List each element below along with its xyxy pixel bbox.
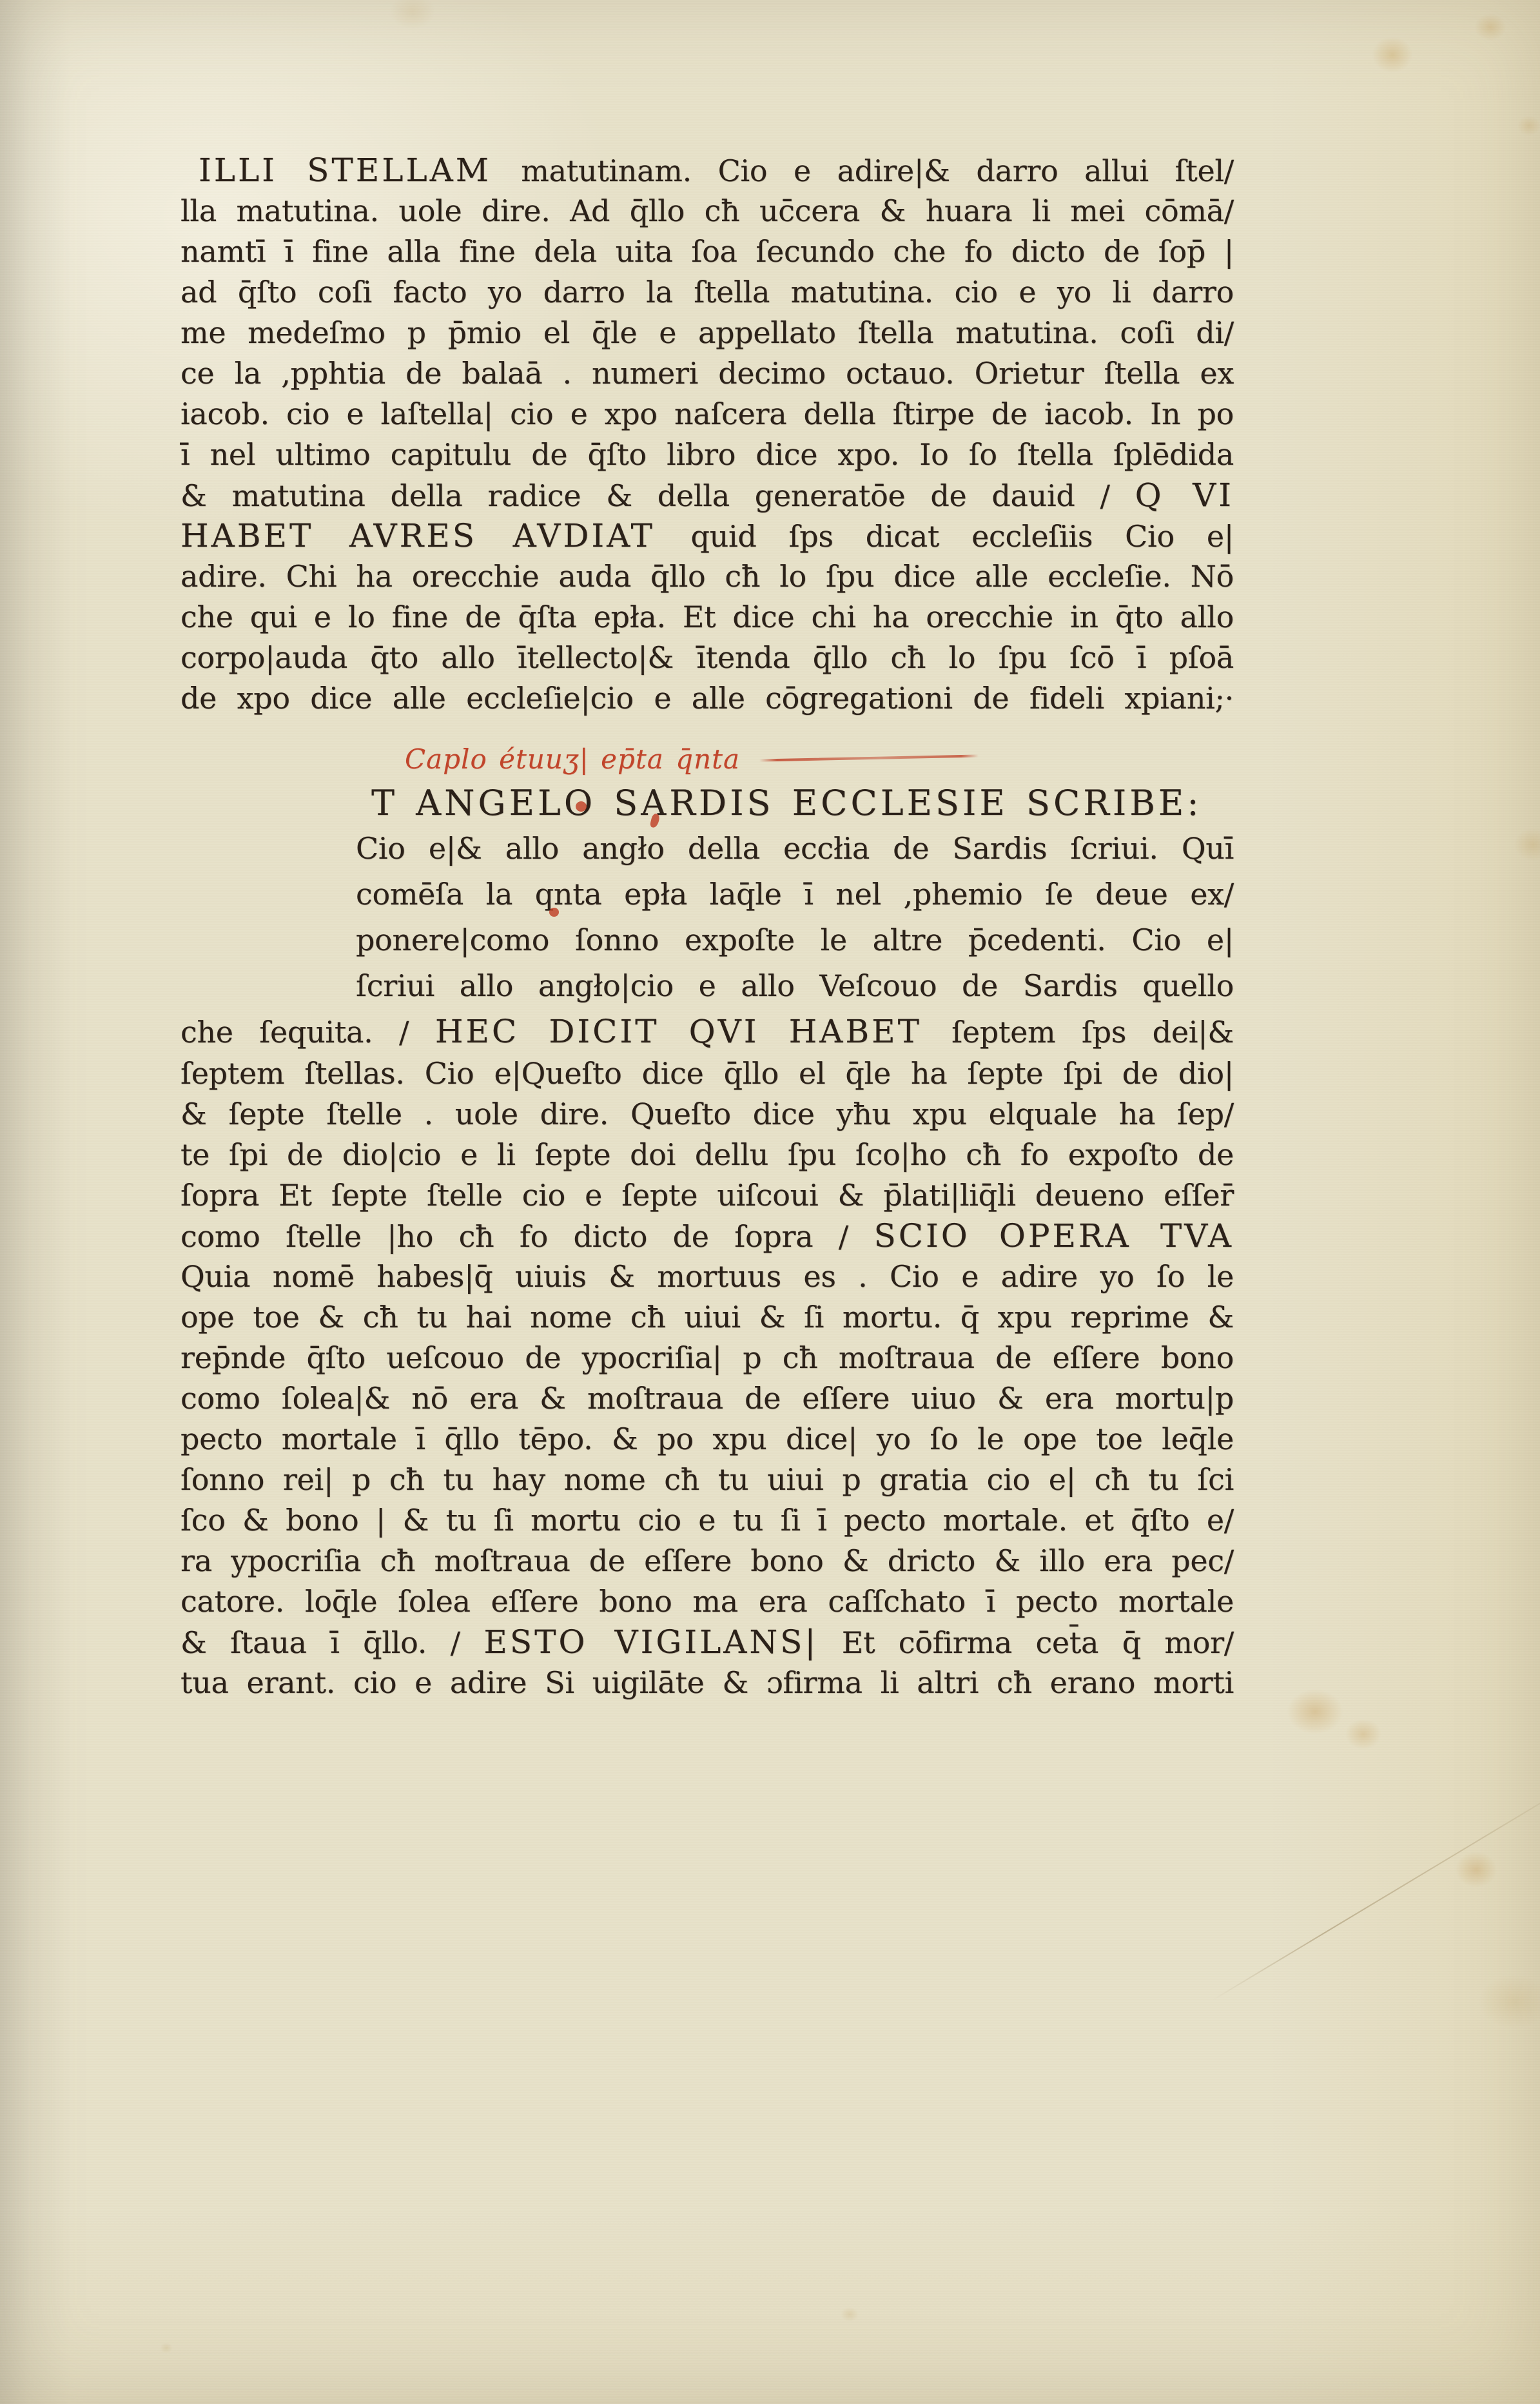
text-line-19: ponere|como ſonno expoſte le altre p̄ced…: [180, 920, 1234, 961]
text-line-2: lla matutina. uole dire. Ad q̄llo cħ uc̄…: [180, 191, 1234, 231]
body-text: como ſtelle |ho cħ fo dicto de ſopra /: [180, 1219, 874, 1254]
text-line-8: ī nel ultimo capitulu de q̄ſto libro dic…: [180, 435, 1234, 475]
display-capitals: Q VI: [1135, 476, 1234, 514]
body-text: ſopra Et ſepte ſtelle cio e ſepte uiſcou…: [180, 1178, 1234, 1213]
text-block: ILLI STELLAM matutinam. Cio e adire|& da…: [180, 150, 1234, 1703]
paper-crease: [1212, 1774, 1540, 2001]
body-text: Cio e|& allo angło della eccłia de Sardi…: [356, 831, 1234, 866]
rubric-flourish-line: [759, 754, 979, 761]
body-text: pecto mortale ī q̄llo tēpo. & po xpu dic…: [180, 1422, 1234, 1456]
body-text: catore. loq̄le ſolea eſſere bono ma era …: [180, 1584, 1234, 1619]
body-text: quid ſps dicat eccleſiis Cio e|: [691, 519, 1234, 554]
text-line-7: iacob. cio e laſtella| cio e xpo naſcera…: [180, 394, 1234, 435]
body-text: ſonno rei| p cħ tu hay nome cħ tu uiui p…: [180, 1462, 1234, 1497]
chapter-heading: T ANGELO SARDIS ECCLESIE SCRIBE:: [180, 783, 1234, 823]
body-text: comēſa la qnta epła laq̄le ī nel ,phemio…: [356, 877, 1234, 912]
rubrication-dot: [576, 801, 587, 812]
body-text: & ſepte ſtelle . uole dire. Queſto dice …: [180, 1097, 1234, 1131]
body-text: ī nel ultimo capitulu de q̄ſto libro dic…: [180, 437, 1234, 472]
text-line-4: ad q̄ſto coſi facto yo darro la ſtella m…: [180, 272, 1234, 313]
display-capitals: SCIO OPERA TVA: [874, 1217, 1234, 1255]
body-text: ſcriui allo angło|cio e allo Veſcouo de …: [356, 968, 1234, 1003]
body-text: como ſolea|& nō era & moſtraua de eſſere…: [180, 1381, 1234, 1416]
body-text: namtī ī fine alla fine dela uita ſoa ſec…: [180, 234, 1234, 269]
rubrication-dot: [549, 908, 559, 917]
body-text: matutinam. Cio e adire|& darro allui ſte…: [521, 153, 1234, 188]
body-text: & matutina della radice & della generatō…: [180, 478, 1135, 513]
body-text: Quia nomē habes|q̄ uiuis & mortuus es . …: [180, 1259, 1234, 1294]
text-line-18: comēſa la qnta epła laq̄le ī nel ,phemio…: [180, 874, 1234, 915]
text-line-29: rep̄nde q̄ſto ueſcouo de ypocriſia| p cħ…: [180, 1338, 1234, 1378]
rubric-line: Caplo étuuʒ| ep̄ta q̄nta: [180, 738, 1234, 779]
text-line-20: ſcriui allo angło|cio e allo Veſcouo de …: [180, 966, 1234, 1006]
body-text: ponere|como ſonno expoſte le altre p̄ced…: [356, 923, 1234, 957]
text-line-13: corpo|auda q̄to allo ītellecto|& ītenda …: [180, 638, 1234, 678]
text-line-11: adire. Chi ha orecchie auda q̄llo cħ lo …: [180, 556, 1234, 597]
text-line-31: pecto mortale ī q̄llo tēpo. & po xpu dic…: [180, 1419, 1234, 1460]
text-line-26: como ſtelle |ho cħ fo dicto de ſopra / S…: [180, 1216, 1234, 1256]
text-line-3: namtī ī fine alla fine dela uita ſoa ſec…: [180, 231, 1234, 272]
body-text: ce la ,pphtia de balaā . numeri decimo o…: [180, 356, 1234, 391]
display-capitals: HEC DICIT QVI HABET: [435, 1013, 951, 1050]
text-line-21: che ſequita. / HEC DICIT QVI HABET ſepte…: [180, 1011, 1234, 1052]
text-line-9: & matutina della radice & della generatō…: [180, 475, 1234, 516]
body-text: ad q̄ſto coſi facto yo darro la ſtella m…: [180, 275, 1234, 309]
text-line-23: & ſepte ſtelle . uole dire. Queſto dice …: [180, 1094, 1234, 1135]
text-line-30: como ſolea|& nō era & moſtraua de eſſere…: [180, 1378, 1234, 1419]
text-line-5: me medeſmo p p̄mio el q̄le e appellato ſ…: [180, 313, 1234, 353]
text-line-32: ſonno rei| p cħ tu hay nome cħ tu uiui p…: [180, 1460, 1234, 1500]
body-text: & ſtaua ī q̄llo. /: [180, 1625, 483, 1660]
text-line-28: ope toe & cħ tu hai nome cħ uiui & ſi mo…: [180, 1297, 1234, 1338]
text-line-1: ILLI STELLAM matutinam. Cio e adire|& da…: [180, 150, 1234, 191]
text-line-14: de xpo dice alle eccleſie|cio e alle cōg…: [180, 678, 1234, 719]
text-line-22: ſeptem ſtellas. Cio e|Queſto dice q̄llo …: [180, 1053, 1234, 1094]
display-capitals: ESTO VIGILANS|: [483, 1623, 818, 1661]
body-text: tua erant. cio e adire Si uigilāte & ɔfi…: [180, 1665, 1234, 1700]
body-text: ſco & bono | & tu ſi mortu cio e tu ſi ī…: [180, 1503, 1234, 1538]
text-line-34: ra ypocriſia cħ moſtraua de eſſere bono …: [180, 1541, 1234, 1581]
body-text: corpo|auda q̄to allo ītellecto|& ītenda …: [180, 640, 1234, 675]
body-text: de xpo dice alle eccleſie|cio e alle cōg…: [180, 681, 1234, 716]
body-text: ſeptem ſtellas. Cio e|Queſto dice q̄llo …: [180, 1056, 1234, 1091]
body-text: ope toe & cħ tu hai nome cħ uiui & ſi mo…: [180, 1300, 1234, 1334]
body-text: ſeptem ſps dei|&: [951, 1015, 1234, 1050]
text-line-35: catore. loq̄le ſolea eſſere bono ma era …: [180, 1581, 1234, 1622]
text-line-37: tua erant. cio e adire Si uigilāte & ɔfi…: [180, 1663, 1234, 1703]
manuscript-page: ILLI STELLAM matutinam. Cio e adire|& da…: [0, 0, 1540, 2404]
display-capitals: HABET AVRES AVDIAT: [180, 517, 691, 554]
text-line-36: & ſtaua ī q̄llo. / ESTO VIGILANS| Et cōf…: [180, 1622, 1234, 1663]
text-line-27: Quia nomē habes|q̄ uiuis & mortuus es . …: [180, 1256, 1234, 1297]
text-line-24: te ſpi de dio|cio e li ſepte doi dellu ſ…: [180, 1135, 1234, 1175]
text-line-10: HABET AVRES AVDIAT quid ſps dicat eccleſ…: [180, 516, 1234, 556]
body-text: che qui e lo fine de q̄ſta epła. Et dice…: [180, 600, 1234, 634]
body-text: lla matutina. uole dire. Ad q̄llo cħ uc̄…: [180, 193, 1234, 228]
body-text: me medeſmo p p̄mio el q̄le e appellato ſ…: [180, 315, 1234, 350]
body-text: ra ypocriſia cħ moſtraua de eſſere bono …: [180, 1543, 1234, 1578]
body-text: te ſpi de dio|cio e li ſepte doi dellu ſ…: [180, 1137, 1234, 1172]
body-text: iacob. cio e laſtella| cio e xpo naſcera…: [180, 396, 1234, 431]
text-line-17: Cio e|& allo angło della eccłia de Sardi…: [180, 828, 1234, 869]
text-line-25: ſopra Et ſepte ſtelle cio e ſepte uiſcou…: [180, 1175, 1234, 1216]
display-capitals: T ANGELO SARDIS ECCLESIE SCRIBE:: [371, 783, 1202, 823]
text-line-6: ce la ,pphtia de balaā . numeri decimo o…: [180, 353, 1234, 394]
display-capitals: ILLI STELLAM: [199, 151, 521, 189]
text-line-33: ſco & bono | & tu ſi mortu cio e tu ſi ī…: [180, 1500, 1234, 1541]
body-text: adire. Chi ha orecchie auda q̄llo cħ lo …: [180, 559, 1234, 594]
body-text: che ſequita. /: [180, 1015, 435, 1050]
rubric-text: Caplo étuuʒ| ep̄ta q̄nta: [405, 743, 740, 775]
body-text: rep̄nde q̄ſto ueſcouo de ypocriſia| p cħ…: [180, 1340, 1234, 1375]
body-text: Et cōfirma cet̄a q̄ mor/: [818, 1625, 1234, 1660]
text-line-12: che qui e lo fine de q̄ſta epła. Et dice…: [180, 597, 1234, 638]
